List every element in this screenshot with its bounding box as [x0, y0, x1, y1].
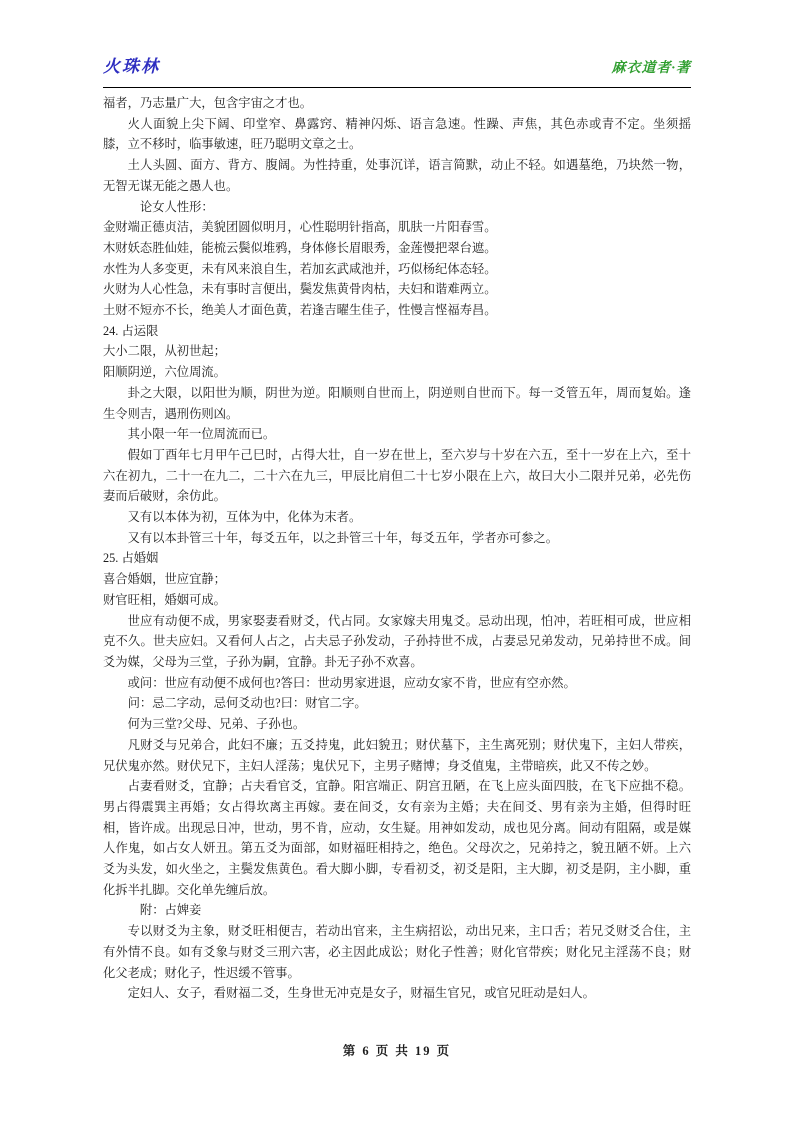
paragraph: 火人面貌上尖下阔、印堂窄、鼻露窍、精神闪烁、语言急速。性躁、声焦，其色赤或青不定… — [103, 114, 691, 155]
paragraph: 金财端正德贞洁，美貌团圆似明月，心性聪明针指高，肌肤一片阳春雪。 — [103, 217, 691, 238]
paragraph: 论女人性形： — [103, 197, 691, 218]
paragraph: 世应有动便不成，男家娶妻看财爻，代占同。女家嫁夫用鬼爻。忌动出现，怕冲，若旺相可… — [103, 611, 691, 673]
paragraph: 占妻看财爻，宜静；占夫看官爻，宜静。阳宫端正、阴宫丑陋，在飞上应头面四肢，在飞下… — [103, 776, 691, 900]
paragraph: 土人头圆、面方、背方、腹阔。为性持重，处事沉详，语言简默，动止不轻。如遇墓绝，乃… — [103, 155, 691, 196]
paragraph: 定妇人、女子，看财福二爻，生身世无冲克是女子，财福生官兄，或官兄旺动是妇人。 — [103, 983, 691, 1004]
paragraph: 福者，乃志量广大，包含宇宙之才也。 — [103, 93, 691, 114]
paragraph: 卦之大限，以阳世为顺，阴世为逆。阳顺则自世而上，阴逆则自世而下。每一爻管五年，周… — [103, 383, 691, 424]
paragraph: 木财妖态胜仙娃，能梳云鬓似堆鸦，身体修长眉眼秀，金莲慢把翠台遮。 — [103, 238, 691, 259]
document-author: 麻衣道者·著 — [612, 57, 692, 77]
paragraph: 附：占婢妾 — [103, 900, 691, 921]
paragraph: 凡财爻与兄弟合，此妇不廉；五爻持鬼，此妇貌丑；财伏墓下，主生离死别；财伏鬼下，主… — [103, 735, 691, 776]
paragraph: 大小二限，从初世起； — [103, 341, 691, 362]
paragraph: 25. 占婚姻 — [103, 548, 691, 569]
paragraph: 又有以本卦管三十年，每爻五年，以之卦管三十年，每爻五年，学者亦可参之。 — [103, 528, 691, 549]
paragraph: 其小限一年一位周流而已。 — [103, 424, 691, 445]
document-title: 火珠林 — [103, 52, 160, 77]
document-body: 福者，乃志量广大，包含宇宙之才也。火人面貌上尖下阔、印堂窄、鼻露窍、精神闪烁、语… — [103, 93, 691, 1004]
paragraph: 专以财爻为主象，财爻旺相便吉，若动出官来，主生病招讼，动出兄来，主口舌；若兄爻财… — [103, 921, 691, 983]
paragraph: 阳顺阴逆，六位周流。 — [103, 362, 691, 383]
paragraph: 财官旺相，婚姻可成。 — [103, 590, 691, 611]
paragraph: 土财不短亦不长，绝美人才面色黄，若逢吉曜生佳子，性慢言悭福寿昌。 — [103, 300, 691, 321]
paragraph: 或问：世应有动便不成何也?答曰：世动男家进退，应动女家不肯，世应有空亦然。 — [103, 673, 691, 694]
paragraph: 火财为人心性急，未有事时言便出，鬓发焦黄骨肉枯，夫妇和谐难两立。 — [103, 279, 691, 300]
page-number-text: 第 6 页 共 19 页 — [343, 1044, 451, 1058]
paragraph: 水性为人多变更，未有风来浪自生，若加玄武咸池并，巧似杨纪体态轻。 — [103, 259, 691, 280]
paragraph: 问：忌二字动，忌何爻动也?曰：财官二字。 — [103, 693, 691, 714]
page-header: 火珠林 麻衣道者·著 — [103, 52, 691, 88]
paragraph: 假如丁酉年七月甲午己巳时，占得大壮，自一岁在世上，至六岁与十岁在六五，至十一岁在… — [103, 445, 691, 507]
paragraph: 喜合婚姻，世应宜静； — [103, 569, 691, 590]
document-page: 火珠林 麻衣道者·著 福者，乃志量广大，包含宇宙之才也。火人面貌上尖下阔、印堂窄… — [103, 0, 691, 1122]
paragraph: 24. 占运限 — [103, 321, 691, 342]
paragraph: 何为三堂?父母、兄弟、子孙也。 — [103, 714, 691, 735]
paragraph: 又有以本体为初，互体为中，化体为末者。 — [103, 507, 691, 528]
page-footer: 第 6 页 共 19 页 — [103, 1041, 691, 1059]
